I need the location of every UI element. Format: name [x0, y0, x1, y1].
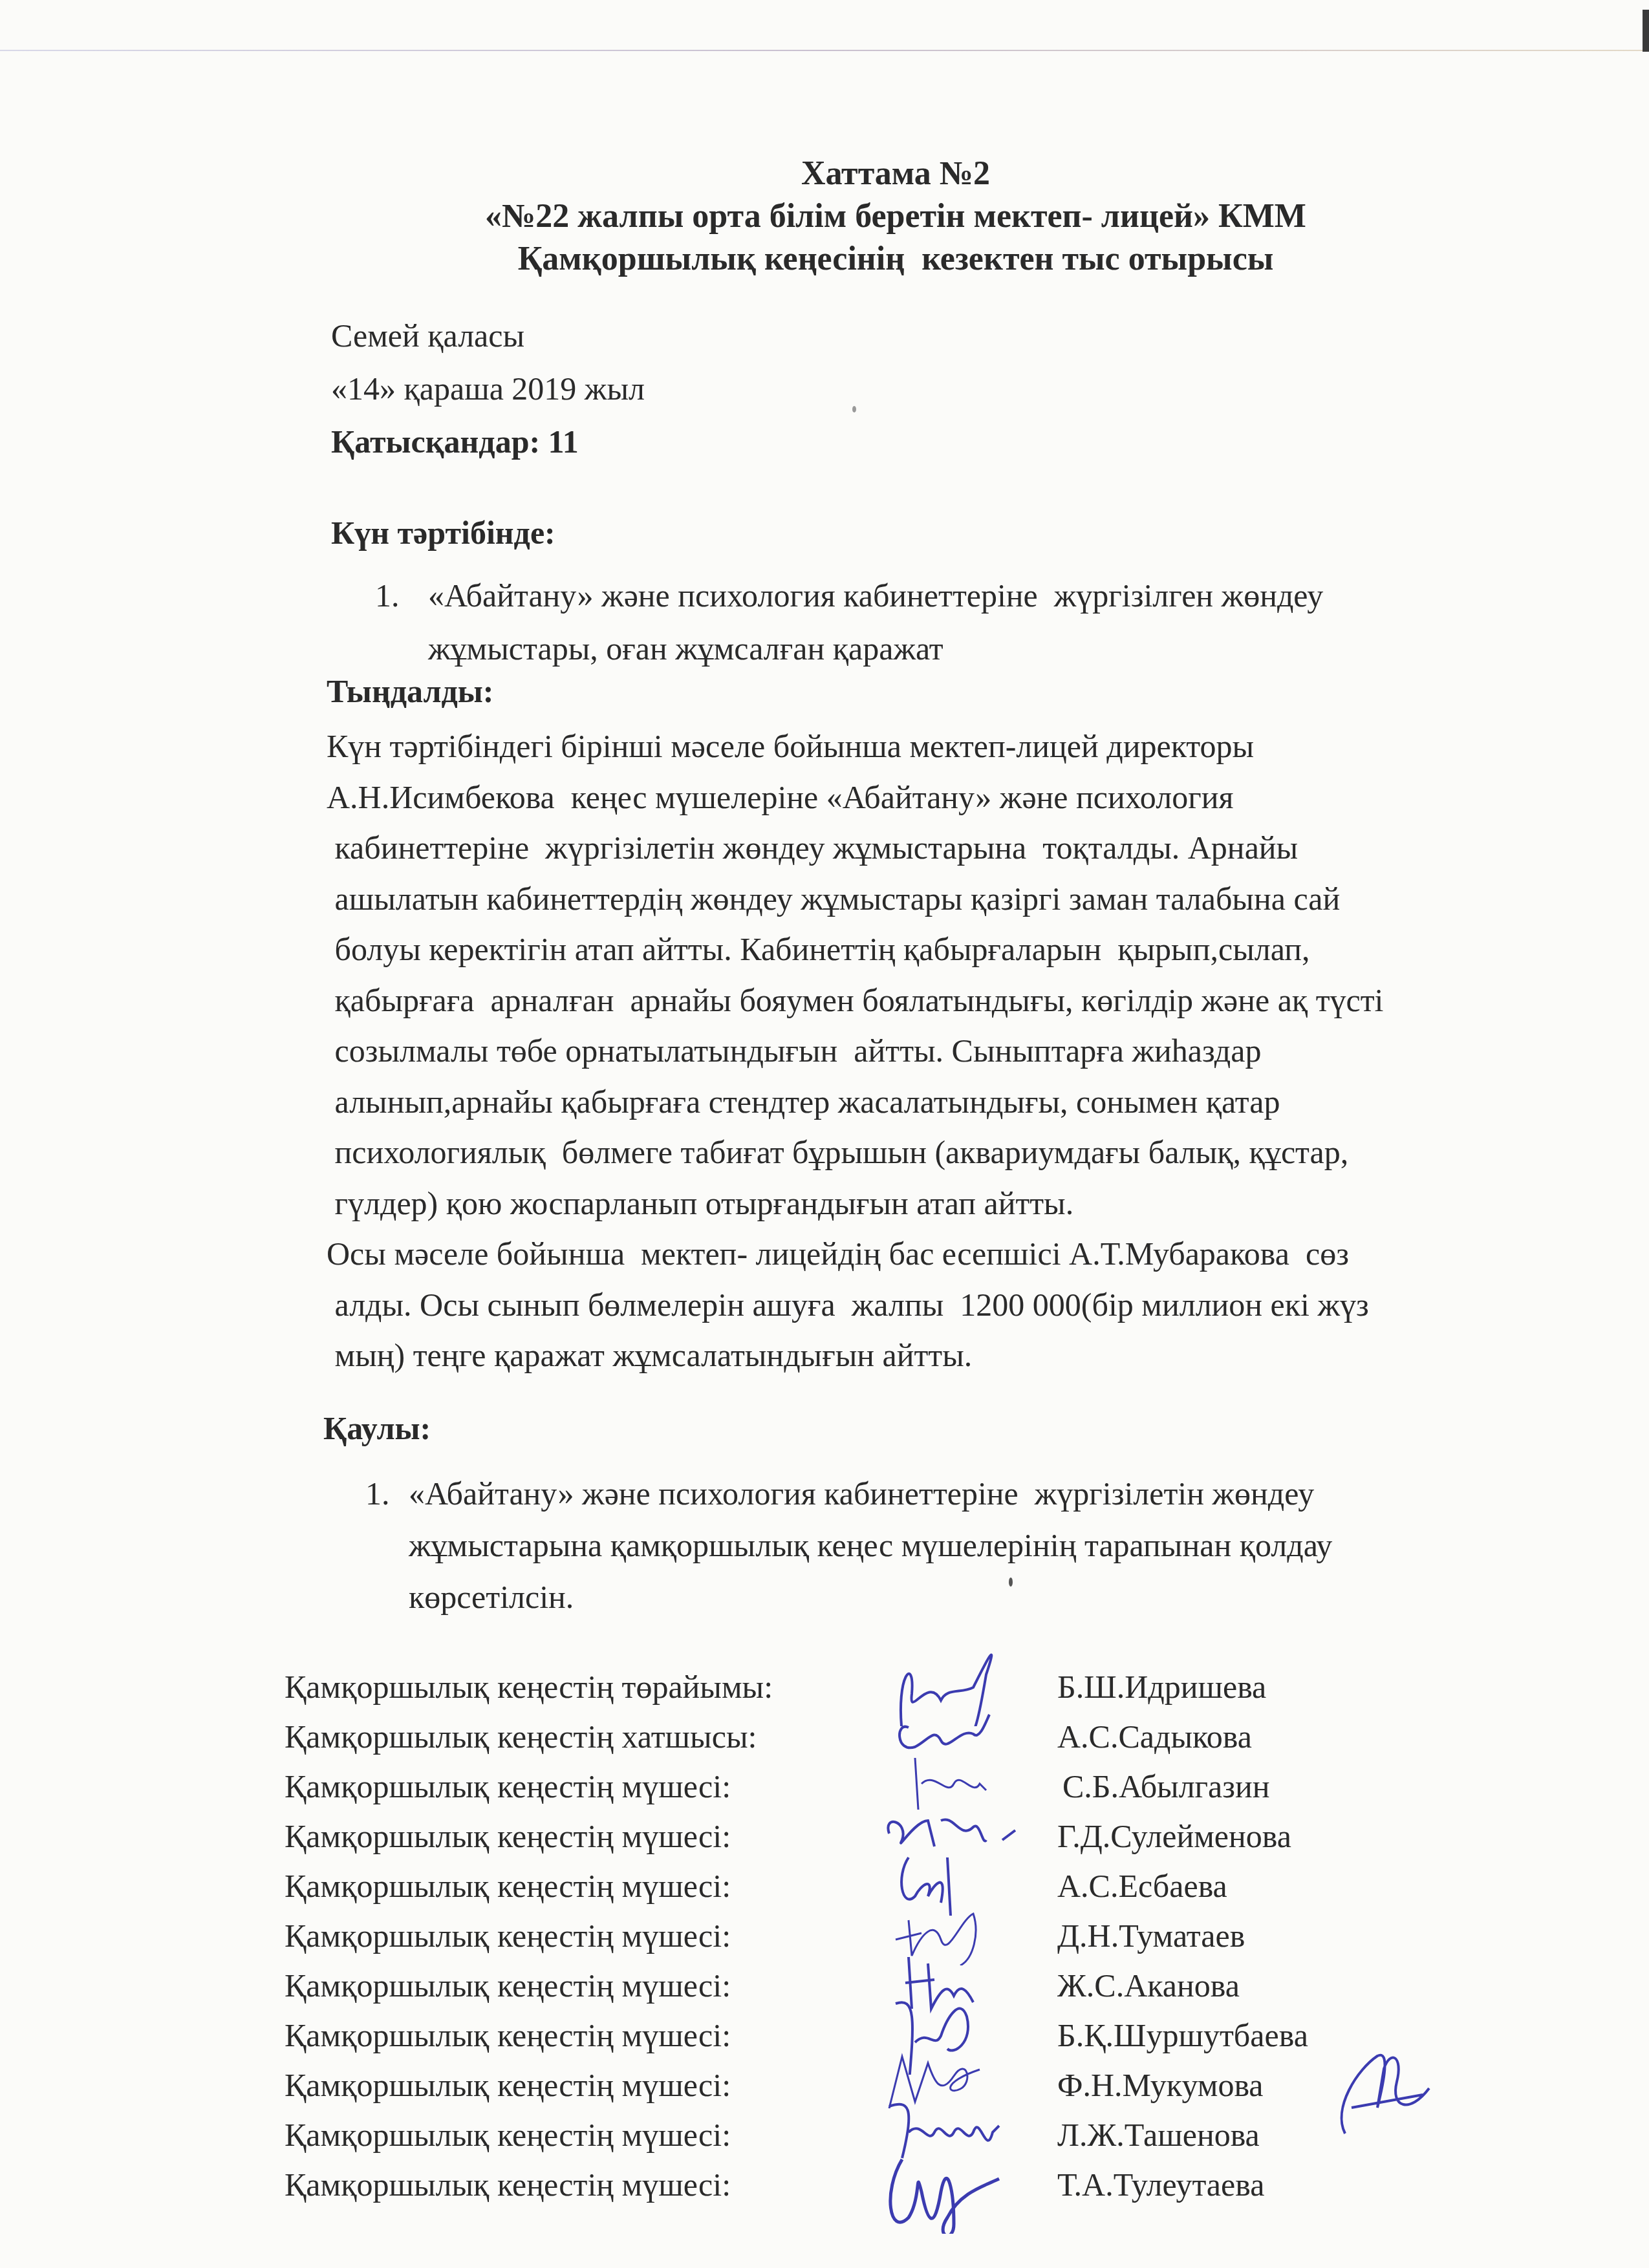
- decision-section-title: Қаулы:: [323, 1409, 431, 1447]
- heard-section-body: Күн тәртібіндегі бірінші мәселе бойынша …: [327, 721, 1555, 1381]
- ink-speck: [852, 406, 856, 412]
- signatory-role: Қамқоршылық кеңестің мүшесі:: [285, 2017, 731, 2054]
- paragraph-line: болуы керектігін атап айтты. Кабинеттің …: [327, 924, 1555, 975]
- signatory-name: С.Б.Абылгазин: [1062, 1768, 1270, 1805]
- paragraph-line: созылмалы төбе орнатылатындығын айтты. С…: [327, 1025, 1555, 1076]
- paragraph-line: психологиялық бөлмеге табиғат бұрышын (а…: [327, 1127, 1555, 1178]
- city: Семей қаласы: [331, 309, 645, 362]
- paragraph-line: алды. Осы сынып бөлмелерін ашуға жалпы 1…: [327, 1279, 1555, 1331]
- document-title: Хаттама №2: [142, 153, 1649, 195]
- signatory-name: А.С.Есбаева: [1057, 1867, 1227, 1905]
- signatory-role: Қамқоршылық кеңестің мүшесі:: [285, 1817, 731, 1855]
- scan-edge-artifact: [1643, 10, 1649, 52]
- paragraph-line: Осы мәселе бойынша мектеп- лицейдің бас …: [327, 1228, 1555, 1279]
- agenda-title: Күн тәртібінде:: [331, 514, 555, 551]
- paragraph-line: гүлдер) қою жоспарланып отырғандығын ата…: [327, 1178, 1555, 1229]
- paragraph-line: алынып,арнайы қабырғаға стендтер жасалат…: [327, 1076, 1555, 1128]
- signatory-name: Ф.Н.Мукумова: [1057, 2066, 1264, 2104]
- signatory-name: Ж.С.Аканова: [1057, 1967, 1240, 2004]
- heard-section-title: Тыңдалды:: [327, 672, 493, 710]
- agenda-item: 1. «Абайтану» және психология кабинеттер…: [375, 569, 1539, 675]
- extra-signature-icon: [1332, 2043, 1442, 2146]
- organization-name: «№22 жалпы орта білім беретін мектеп- ли…: [142, 195, 1649, 238]
- signatory-name: Л.Ж.Ташенова: [1057, 2116, 1260, 2154]
- meeting-subtitle: Қамқоршылық кеңесінің кезектен тыс отыры…: [142, 238, 1649, 281]
- paragraph-line: ашылатын кабинеттердің жөндеу жұмыстары …: [327, 873, 1555, 925]
- decision-item-line: «Абайтану» және психология кабинеттеріне…: [365, 1468, 1562, 1519]
- signatory-name: Т.А.Тулеутаева: [1057, 2166, 1264, 2203]
- decision-item-line: жұмыстарына қамқоршылық кеңес мүшелеріні…: [365, 1519, 1562, 1571]
- paragraph-line: қабырғаға арналған арнайы бояумен боялат…: [327, 975, 1555, 1026]
- signatory-role: Қамқоршылық кеңестің төрайымы:: [285, 1668, 773, 1706]
- attendees-count: Қатысқандар: 11: [331, 415, 645, 468]
- decision-item-number: 1.: [365, 1468, 390, 1519]
- meeting-date: «14» қараша 2019 жыл: [331, 362, 645, 415]
- agenda-item-line: «Абайтану» және психология кабинеттеріне…: [375, 569, 1539, 622]
- signatory-name: Г.Д.Сулейменова: [1057, 1817, 1291, 1855]
- signatory-name: Б.Ш.Идришева: [1057, 1668, 1266, 1706]
- signatory-name: Д.Н.Туматаев: [1057, 1917, 1245, 1954]
- decision-item-line: көрсетілсін.: [365, 1571, 1562, 1623]
- paragraph-line: А.Н.Исимбекова кеңес мүшелеріне «Абайтан…: [327, 772, 1555, 823]
- document-header: Хаттама №2 «№22 жалпы орта білім беретін…: [0, 153, 1649, 281]
- document-meta: Семей қаласы «14» қараша 2019 жыл Қатысқ…: [331, 309, 645, 468]
- handwritten-signature-icon: [876, 2143, 1025, 2234]
- paragraph-line: мың) теңге қаражат жұмсалатындығын айтты…: [327, 1330, 1555, 1381]
- decision-item: 1. «Абайтану» және психология кабинеттер…: [365, 1468, 1562, 1623]
- agenda-item-number: 1.: [375, 569, 400, 622]
- signatory-role: Қамқоршылық кеңестің мүшесі:: [285, 1768, 731, 1805]
- agenda-item-line: жұмыстары, оған жұмсалған қаражат: [375, 622, 1539, 675]
- signatory-role: Қамқоршылық кеңестің мүшесі:: [285, 2116, 731, 2154]
- signatory-role: Қамқоршылық кеңестің мүшесі:: [285, 1967, 731, 2004]
- signatory-role: Қамқоршылық кеңестің хатшысы:: [285, 1718, 757, 1755]
- signature-row: Қамқоршылық кеңестің мүшесі: Т.А.Тулеута…: [285, 2166, 1578, 2216]
- signatory-role: Қамқоршылық кеңестің мүшесі:: [285, 2066, 731, 2104]
- scan-line-artifact: [0, 50, 1643, 51]
- paragraph-line: Күн тәртібіндегі бірінші мәселе бойынша …: [327, 721, 1555, 772]
- signatory-role: Қамқоршылық кеңестің мүшесі:: [285, 2166, 731, 2203]
- signatory-role: Қамқоршылық кеңестің мүшесі:: [285, 1917, 731, 1954]
- signatory-name: А.С.Садыкова: [1057, 1718, 1252, 1755]
- signatory-name: Б.Қ.Шуршутбаева: [1057, 2017, 1308, 2054]
- ink-speck: [1009, 1578, 1013, 1587]
- paragraph-line: кабинеттеріне жүргізілетін жөндеу жұмыст…: [327, 822, 1555, 873]
- signatory-role: Қамқоршылық кеңестің мүшесі:: [285, 1867, 731, 1905]
